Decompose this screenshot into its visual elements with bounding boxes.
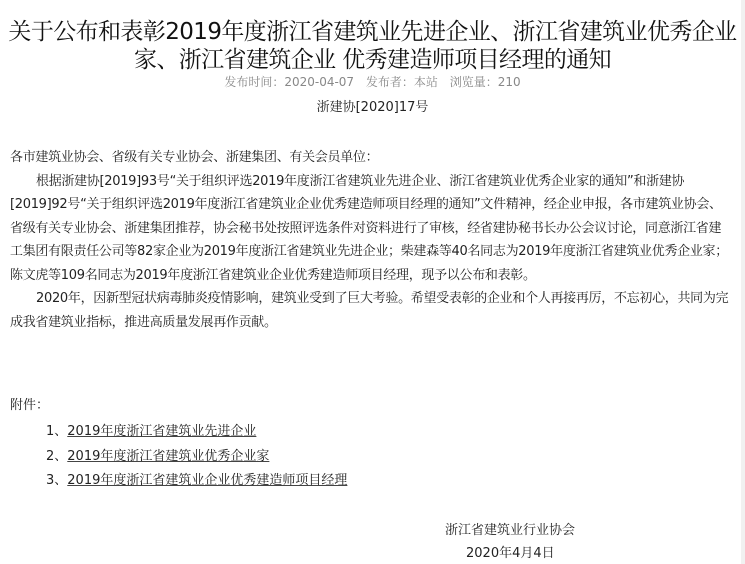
attachments-list: 1、2019年度浙江省建筑业先进企业 2、2019年度浙江省建筑业优秀企业家 3… <box>46 420 347 494</box>
views-value: 210 <box>498 75 521 89</box>
attachment-number: 2、 <box>46 449 67 464</box>
attachments-label: 附件： <box>10 396 49 416</box>
attachment-item: 3、2019年度浙江省建筑业企业优秀建造师项目经理 <box>46 469 347 494</box>
article-meta: 发布时间：2020-04-07 发布者：本站 浏览量：210 <box>0 74 745 90</box>
publish-time: 发布时间：2020-04-07 <box>224 75 354 89</box>
article-body: 各市建筑业协会、省级有关专业协会、浙建集团、有关会员单位： 根据浙建协[2019… <box>10 146 730 334</box>
attachment-link-outstanding-entrepreneurs[interactable]: 2019年度浙江省建筑业优秀企业家 <box>67 449 269 464</box>
attachment-item: 2、2019年度浙江省建筑业优秀企业家 <box>46 445 347 470</box>
attachment-number: 3、 <box>46 473 67 488</box>
article-page: 关于公布和表彰2019年度浙江省建筑业先进企业、浙江省建筑业优秀企业家、浙江省建… <box>0 0 741 564</box>
body-paragraph: 2020年，因新型冠状病毒肺炎疫情影响，建筑业受到了巨大考验。希望受表彰的企业和… <box>10 287 730 334</box>
attachment-link-advanced-enterprises[interactable]: 2019年度浙江省建筑业先进企业 <box>67 424 256 439</box>
salutation: 各市建筑业协会、省级有关专业协会、浙建集团、有关会员单位： <box>10 146 730 170</box>
signature-block: 浙江省建筑业行业协会 2020年4月4日 <box>445 519 575 564</box>
views-label: 浏览量： <box>450 75 498 89</box>
signature-date: 2020年4月4日 <box>445 542 575 564</box>
attachment-item: 1、2019年度浙江省建筑业先进企业 <box>46 420 347 445</box>
publisher: 发布者：本站 <box>366 75 438 89</box>
body-paragraph: 根据浙建协[2019]93号“关于组织评选2019年度浙江省建筑业先进企业、浙江… <box>10 170 730 288</box>
scrollbar-track[interactable] <box>741 0 745 564</box>
publisher-value: 本站 <box>414 75 438 89</box>
attachment-number: 1、 <box>46 424 67 439</box>
document-number: 浙建协[2020]17号 <box>0 99 745 117</box>
publish-time-value: 2020-04-07 <box>284 75 354 89</box>
view-count: 浏览量：210 <box>450 75 521 89</box>
signature-organization: 浙江省建筑业行业协会 <box>445 519 575 542</box>
attachment-link-project-managers[interactable]: 2019年度浙江省建筑业企业优秀建造师项目经理 <box>67 473 347 488</box>
publisher-label: 发布者： <box>366 75 414 89</box>
publish-time-label: 发布时间： <box>224 75 284 89</box>
article-title: 关于公布和表彰2019年度浙江省建筑业先进企业、浙江省建筑业优秀企业家、浙江省建… <box>0 18 745 74</box>
